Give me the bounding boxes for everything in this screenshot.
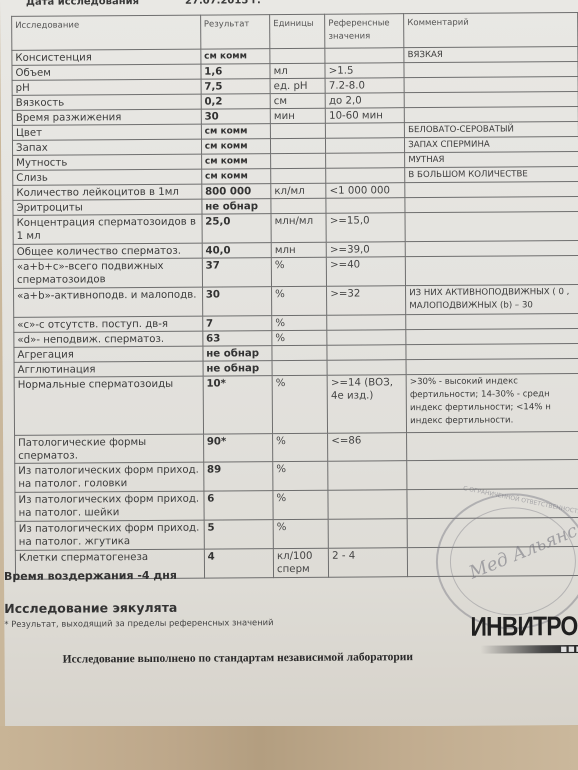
comment	[406, 358, 578, 374]
comment: ВЯЗКАЯ	[404, 46, 578, 62]
date-value: 27.07.2015 г.	[185, 0, 261, 7]
col-header-unit: Единицы	[270, 14, 325, 48]
abstinence-period: Время воздержания -4 дня	[4, 569, 177, 583]
reference-range	[328, 519, 407, 549]
countertop-surface	[0, 726, 578, 770]
reference-range: >=40	[327, 257, 406, 287]
test-name: Время разжижения	[12, 109, 201, 125]
comment	[405, 211, 578, 241]
result-value: 5	[204, 520, 274, 549]
reference-range: >1.5	[325, 63, 404, 79]
result-value: см комм	[201, 124, 270, 139]
test-name: Слизь	[13, 169, 202, 185]
comment	[404, 61, 578, 77]
test-name: Цвет	[12, 124, 201, 140]
unit	[270, 123, 325, 138]
test-name: pH	[12, 79, 201, 95]
test-name: Вязкость	[12, 94, 201, 110]
invitro-logo: ИНВИТРО	[470, 611, 577, 643]
comment: В БОЛЬШОМ КОЛИЧЕСТВЕ	[405, 166, 578, 182]
result-value: 6	[204, 491, 274, 520]
table-row: «a+b+c»-всего подвижных сперматозоидов37…	[13, 255, 578, 288]
test-name: Мутность	[13, 154, 202, 170]
result-value: 7,5	[201, 79, 270, 94]
reference-range: до 2,0	[325, 93, 404, 109]
comment	[405, 255, 578, 285]
clinic-stamp: С ОГРАНИЧЕННОЙ ОТВЕТСТВЕННОСТЬЮ ОГРН 102…	[435, 493, 578, 630]
test-name: «a+b+c»-всего подвижных сперматозоидов	[13, 258, 202, 288]
reference-range	[326, 138, 405, 154]
comment	[406, 343, 578, 359]
result-value: 90*	[203, 434, 273, 462]
test-name: Патологические формы сперматоз.	[15, 434, 204, 463]
reference-range: >=39,0	[326, 242, 405, 258]
table-row: Из патологических форм приход. на патоло…	[15, 459, 578, 492]
comment	[404, 76, 578, 92]
col-header-result: Результат	[200, 15, 270, 49]
result-value: не обнар	[203, 361, 272, 376]
unit	[272, 345, 327, 360]
unit	[271, 168, 326, 183]
test-name: «c»-с отсутств. поступ. дв-я	[14, 316, 203, 332]
reference-range: 2 - 4	[329, 548, 408, 578]
test-name: Агрегация	[14, 346, 203, 362]
test-name: Из патологических форм приход. на патоло…	[15, 520, 204, 550]
unit: ед. pH	[270, 78, 325, 93]
unit: %	[272, 330, 327, 345]
test-name: Из патологических форм приход. на патоло…	[15, 491, 204, 521]
table-row: Нормальные сперматозоиды10*%>=14 (ВОЗ, 4…	[14, 373, 578, 435]
reference-range: 7.2-8.0	[325, 78, 404, 94]
unit: мин	[270, 108, 325, 123]
reference-range	[325, 48, 404, 64]
table-row: Патологические формы сперматоз.90*%<=86	[15, 431, 578, 463]
reference-range	[326, 198, 405, 214]
test-name: Эритроциты	[13, 199, 202, 215]
result-value: 800 000	[202, 184, 271, 199]
comment	[405, 181, 578, 197]
unit: %	[273, 490, 328, 519]
unit: млн/мл	[271, 213, 326, 242]
test-name: «a+b»-активноподв. и малоподв.	[14, 287, 203, 317]
comment: МУТНАЯ	[405, 151, 578, 167]
unit: %	[272, 375, 328, 433]
result-value: см комм	[201, 139, 270, 154]
date-label: Дата исследования	[26, 0, 139, 8]
unit	[271, 138, 326, 153]
unit	[271, 198, 326, 213]
result-value: 1,6	[201, 64, 270, 79]
result-value: 10*	[203, 376, 273, 434]
reference-range	[327, 315, 406, 331]
reference-range: >=15,0	[326, 213, 405, 243]
test-name: Консистенция	[12, 49, 201, 65]
result-value: 63	[203, 331, 272, 346]
result-value: 37	[202, 258, 272, 287]
result-value: 30	[202, 287, 272, 316]
reference-range: <=86	[328, 433, 407, 462]
unit: мл	[270, 63, 325, 78]
test-name: Агглютинация	[14, 361, 203, 377]
result-value: 0,2	[201, 94, 270, 109]
unit	[270, 48, 325, 63]
lab-report-sheet: Дата исследования 27.07.2015 г. Исследов…	[0, 0, 578, 729]
comment: ИЗ НИХ АКТИВНОПОДВИЖНЫХ ( 0 , МАЛОПОДВИЖ…	[406, 284, 578, 314]
comment: ЗАПАХ СПЕРМИНА	[405, 136, 578, 152]
comment: БЕЛОВАТО-СЕРОВАТЫЙ	[405, 121, 578, 137]
unit: кл/мл	[271, 183, 326, 198]
test-name: «d»- неподвиж. сперматоз.	[14, 331, 203, 347]
comment	[407, 431, 578, 460]
comment	[404, 106, 578, 122]
comment	[407, 459, 578, 489]
test-name: Концентрация сперматозоидов в 1 мл	[13, 214, 202, 244]
table-header-row: Исследование Результат Единицы Референсн…	[12, 12, 578, 50]
result-value: не обнар	[203, 346, 272, 361]
result-value: 40,0	[202, 243, 271, 258]
test-name: Из патологических форм приход. на патоло…	[15, 462, 204, 492]
reference-range	[327, 345, 406, 361]
col-header-test: Исследование	[12, 15, 201, 50]
result-value: см комм	[201, 154, 270, 169]
result-value: см комм	[201, 169, 270, 184]
unit: млн	[271, 242, 326, 257]
reference-range	[326, 153, 405, 169]
comment	[406, 313, 578, 329]
unit: %	[273, 461, 328, 490]
result-value: 4	[204, 549, 274, 578]
unit: кл/100 сперм	[273, 548, 328, 577]
test-name: Объем	[12, 64, 201, 80]
comment	[405, 240, 578, 256]
reference-range	[326, 168, 405, 184]
comment	[406, 328, 578, 344]
reference-range	[328, 490, 407, 520]
test-name: Общее количество сперматоз.	[13, 243, 202, 259]
result-value: см комм	[201, 49, 270, 64]
comment: >30% - высокий индекс фертильности; 14-3…	[406, 373, 578, 432]
test-name: Количество лейкоцитов в 1мл	[13, 184, 202, 200]
table-row: Концентрация сперматозоидов в 1 мл25,0мл…	[13, 211, 578, 244]
result-value: 30	[201, 109, 270, 124]
reference-range: 10-60 мин	[326, 108, 405, 124]
result-value: 7	[202, 316, 271, 331]
reference-range: <1 000 000	[326, 183, 405, 199]
test-name: Нормальные сперматозоиды	[14, 376, 203, 435]
col-header-comment: Комментарий	[404, 12, 578, 47]
unit: см	[270, 93, 325, 108]
unit: %	[271, 257, 326, 286]
reference-range	[326, 123, 405, 139]
reference-range	[328, 461, 407, 491]
unit	[271, 153, 326, 168]
comment	[405, 196, 578, 212]
result-value: 89	[203, 462, 273, 491]
col-header-reference: Референсные значения	[325, 14, 404, 49]
unit: %	[272, 315, 327, 330]
unit	[272, 360, 327, 375]
unit: %	[273, 519, 328, 548]
comment	[404, 91, 578, 107]
reference-range: >=14 (ВОЗ, 4е изд.)	[327, 375, 406, 434]
result-value: не обнар	[202, 199, 271, 214]
table-row: «a+b»-активноподв. и малоподв.30%>=32ИЗ …	[14, 284, 578, 317]
result-value: 25,0	[202, 214, 272, 243]
unit: %	[272, 286, 327, 315]
reference-range: >=32	[327, 286, 406, 316]
out-of-range-note: * Результат, выходящий за пределы рефере…	[4, 617, 273, 629]
section-title: Исследование эякулята	[4, 600, 177, 616]
reference-range	[327, 360, 406, 376]
logo-dots: ■■■	[561, 645, 578, 653]
unit: %	[273, 433, 328, 461]
report-date-line: Дата исследования 27.07.2015 г.	[26, 0, 139, 8]
footer-note: Исследование выполнено по стандартам нез…	[63, 651, 413, 665]
test-name: Запах	[12, 139, 201, 155]
reference-range	[327, 330, 406, 346]
